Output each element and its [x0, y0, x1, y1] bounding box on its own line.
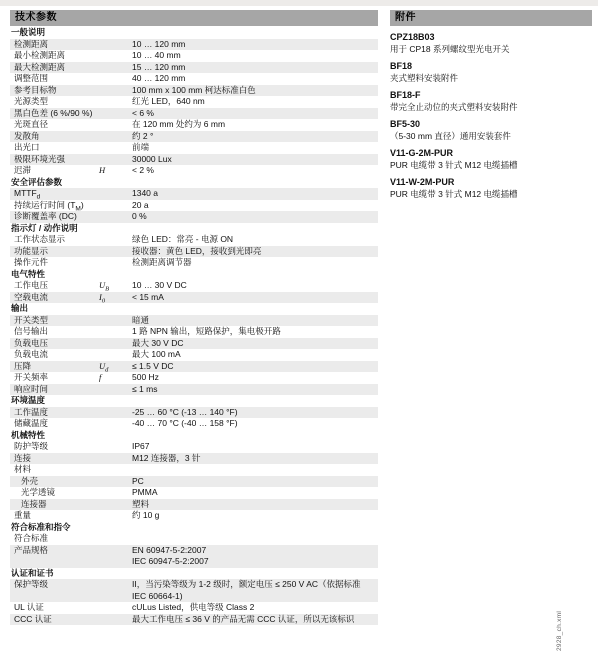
table-row: 发散角约 2 ° [10, 131, 378, 143]
row-label: 诊断覆盖率 (DC) [10, 211, 99, 223]
row-value: 0 % [132, 211, 378, 223]
row-symbol: UB [99, 280, 132, 292]
table-row: 工作电压UB10 … 30 V DC [10, 280, 378, 292]
table-row: 保护等级II，当污染等级为 1-2 级时，额定电压 ≤ 250 V AC（依据标… [10, 579, 378, 602]
row-label: 材料 [10, 464, 99, 476]
table-row: 工作温度-25 … 60 °C (-13 … 140 °F) [10, 407, 378, 419]
table-row: 光源类型红光 LED，640 nm [10, 96, 378, 108]
accessory-item: V11-G-2M-PURPUR 电缆带 3 针式 M12 电缆插槽 [390, 148, 592, 171]
table-row: 重量约 10 g [10, 510, 378, 522]
row-label: 防护等级 [10, 441, 99, 453]
accessories-title: 附件 [395, 12, 416, 23]
row-value: 接收器：黄色 LED，接收到光即亮 [132, 246, 378, 258]
table-row: MTTFd1340 a [10, 188, 378, 200]
row-symbol: I0 [99, 292, 132, 304]
row-label: 光斑直径 [10, 119, 99, 131]
row-value: 500 Hz [132, 372, 378, 384]
row-label: UL 认证 [10, 602, 99, 614]
table-row: 空载电流I0< 15 mA [10, 292, 378, 304]
row-value: 1340 a [132, 188, 378, 200]
row-label: MTTFd [10, 188, 99, 200]
row-value: 最大工作电压 ≤ 36 V 的产品无需 CCC 认证，所以无该标识 [132, 614, 378, 626]
tech-params-panel: 技术参数 一般说明检测距离10 … 120 mm最小检测距离10 … 40 mm… [10, 10, 378, 625]
row-label: 调整范围 [10, 73, 99, 85]
row-label: 符合标准 [10, 533, 99, 545]
row-value: 前端 [132, 142, 378, 154]
table-row: 外壳PC [10, 476, 378, 488]
table-row: 符合标准 [10, 533, 378, 545]
row-symbol: H [99, 165, 132, 177]
accessory-code: V11-W-2M-PUR [390, 177, 592, 189]
accessory-desc: （5-30 mm 直径）通用安装套件 [390, 131, 592, 143]
row-label: 外壳 [10, 476, 99, 488]
table-row: 最大检测距离15 … 120 mm [10, 62, 378, 74]
row-symbol: f [99, 372, 132, 384]
accessory-code: BF18-F [390, 90, 592, 102]
section-title: 机械特性 [10, 430, 378, 442]
row-label: 压降 [10, 361, 99, 373]
table-row: 负载电压最大 30 V DC [10, 338, 378, 350]
table-row: 响应时间≤ 1 ms [10, 384, 378, 396]
accessory-code: CPZ18B03 [390, 32, 592, 44]
row-label: 空载电流 [10, 292, 99, 304]
table-row: 操作元件检测距离调节器 [10, 257, 378, 269]
row-label: 重量 [10, 510, 99, 522]
row-label: 参考目标物 [10, 85, 99, 97]
table-row: 黑白色差 (6 %/90 %)< 6 % [10, 108, 378, 120]
document-code-vertical: 2928_ch.xml [556, 611, 563, 651]
row-value: 绿色 LED：常亮 - 电源 ON [132, 234, 378, 246]
row-value: 10 … 30 V DC [132, 280, 378, 292]
row-label: 连接 [10, 453, 99, 465]
accessory-item: BF18夹式塑料安装附件 [390, 61, 592, 84]
accessory-desc: 带完全止动位的夹式塑料安装附件 [390, 102, 592, 114]
row-label: 检测距离 [10, 39, 99, 51]
row-label: 保护等级 [10, 579, 99, 591]
accessory-code: V11-G-2M-PUR [390, 148, 592, 160]
table-row: 材料 [10, 464, 378, 476]
row-value: < 2 % [132, 165, 378, 177]
table-row: 参考目标物100 mm x 100 mm 柯达标准白色 [10, 85, 378, 97]
table-row: 调整范围40 … 120 mm [10, 73, 378, 85]
section-title: 电气特性 [10, 269, 378, 281]
section-title: 安全评估参数 [10, 177, 378, 189]
accessory-item: CPZ18B03用于 CP18 系列螺纹型光电开关 [390, 32, 592, 55]
table-row: 功能显示接收器：黄色 LED，接收到光即亮 [10, 246, 378, 258]
tech-params-header-bar: 技术参数 [10, 10, 378, 26]
row-label: CCC 认证 [10, 614, 99, 626]
row-value: 检测距离调节器 [132, 257, 378, 269]
accessories-list: CPZ18B03用于 CP18 系列螺纹型光电开关BF18夹式塑料安装附件BF1… [390, 32, 592, 200]
accessory-desc: PUR 电缆带 3 针式 M12 电缆插槽 [390, 160, 592, 172]
table-row: 产品规格EN 60947-5-2:2007 IEC 60947-5-2:2007 [10, 545, 378, 568]
page-top-strip [0, 0, 598, 6]
row-value: 15 … 120 mm [132, 62, 378, 74]
row-symbol: Ud [99, 361, 132, 373]
row-label: 信号输出 [10, 326, 99, 338]
row-label: 发散角 [10, 131, 99, 143]
table-row: 负载电流最大 100 mA [10, 349, 378, 361]
row-value: < 15 mA [132, 292, 378, 304]
accessories-panel: 附件 CPZ18B03用于 CP18 系列螺纹型光电开关BF18夹式塑料安装附件… [390, 10, 592, 206]
row-label: 光源类型 [10, 96, 99, 108]
row-label: 迟滞 [10, 165, 99, 177]
table-row: 压降Ud≤ 1.5 V DC [10, 361, 378, 373]
table-row: CCC 认证最大工作电压 ≤ 36 V 的产品无需 CCC 认证，所以无该标识 [10, 614, 378, 626]
datasheet-page: 技术参数 一般说明检测距离10 … 120 mm最小检测距离10 … 40 mm… [0, 0, 598, 653]
row-value: 暗通 [132, 315, 378, 327]
row-label: 开关类型 [10, 315, 99, 327]
table-row: 迟滞H< 2 % [10, 165, 378, 177]
row-value: PC [132, 476, 378, 488]
row-value: 30000 Lux [132, 154, 378, 166]
row-value: 塑料 [132, 499, 378, 511]
table-row: 持续运行时间 (TM)20 a [10, 200, 378, 212]
row-value: IP67 [132, 441, 378, 453]
table-row: 连接器塑料 [10, 499, 378, 511]
row-label: 黑白色差 (6 %/90 %) [10, 108, 99, 120]
row-value: PMMA [132, 487, 378, 499]
row-label: 开关频率 [10, 372, 99, 384]
section-title: 一般说明 [10, 27, 378, 39]
row-value: 红光 LED，640 nm [132, 96, 378, 108]
row-label: 工作温度 [10, 407, 99, 419]
row-value: -40 … 70 °C (-40 … 158 °F) [132, 418, 378, 430]
accessory-code: BF5-30 [390, 119, 592, 131]
table-row: 开关频率f500 Hz [10, 372, 378, 384]
table-row: 开关类型暗通 [10, 315, 378, 327]
row-label: 负载电压 [10, 338, 99, 350]
accessory-item: BF18-F带完全止动位的夹式塑料安装附件 [390, 90, 592, 113]
tech-params-table: 一般说明检测距离10 … 120 mm最小检测距离10 … 40 mm最大检测距… [10, 27, 378, 625]
row-label: 工作状态显示 [10, 234, 99, 246]
table-row: 防护等级IP67 [10, 441, 378, 453]
section-title: 输出 [10, 303, 378, 315]
row-label: 产品规格 [10, 545, 99, 557]
row-value: cULus Listed，供电等级 Class 2 [132, 602, 378, 614]
accessory-code: BF18 [390, 61, 592, 73]
row-label: 工作电压 [10, 280, 99, 292]
table-row: 诊断覆盖率 (DC)0 % [10, 211, 378, 223]
table-row: 工作状态显示绿色 LED：常亮 - 电源 ON [10, 234, 378, 246]
table-row: UL 认证cULus Listed，供电等级 Class 2 [10, 602, 378, 614]
accessory-item: V11-W-2M-PURPUR 电缆带 3 针式 M12 电缆插槽 [390, 177, 592, 200]
row-label: 出光口 [10, 142, 99, 154]
row-label: 储藏温度 [10, 418, 99, 430]
row-label: 连接器 [10, 499, 99, 511]
table-row: 最小检测距离10 … 40 mm [10, 50, 378, 62]
row-value: 最大 100 mA [132, 349, 378, 361]
row-label: 操作元件 [10, 257, 99, 269]
row-value: 约 10 g [132, 510, 378, 522]
table-row: 检测距离10 … 120 mm [10, 39, 378, 51]
table-row: 出光口前端 [10, 142, 378, 154]
row-value: < 6 % [132, 108, 378, 120]
row-label: 极限环境光强 [10, 154, 99, 166]
row-value: 10 … 40 mm [132, 50, 378, 62]
row-value: M12 连接器，3 针 [132, 453, 378, 465]
row-value: 10 … 120 mm [132, 39, 378, 51]
accessory-desc: 用于 CP18 系列螺纹型光电开关 [390, 44, 592, 56]
section-title: 环境温度 [10, 395, 378, 407]
row-value: 20 a [132, 200, 378, 212]
accessory-desc: 夹式塑料安装附件 [390, 73, 592, 85]
row-value: 最大 30 V DC [132, 338, 378, 350]
section-title: 指示灯 / 动作说明 [10, 223, 378, 235]
row-label: 功能显示 [10, 246, 99, 258]
row-value: 100 mm x 100 mm 柯达标准白色 [132, 85, 378, 97]
row-label: 最小检测距离 [10, 50, 99, 62]
row-value: II，当污染等级为 1-2 级时，额定电压 ≤ 250 V AC（依据标准 IE… [132, 579, 378, 602]
row-label: 负载电流 [10, 349, 99, 361]
row-value: 在 120 mm 处约为 6 mm [132, 119, 378, 131]
accessories-header-bar: 附件 [390, 10, 592, 26]
table-row: 极限环境光强30000 Lux [10, 154, 378, 166]
accessory-item: BF5-30（5-30 mm 直径）通用安装套件 [390, 119, 592, 142]
table-row: 信号输出1 路 NPN 输出，短路保护，集电极开路 [10, 326, 378, 338]
row-label: 持续运行时间 (TM) [10, 200, 99, 212]
table-row: 储藏温度-40 … 70 °C (-40 … 158 °F) [10, 418, 378, 430]
row-label: 光学透镜 [10, 487, 99, 499]
tech-params-title: 技术参数 [15, 12, 57, 23]
row-label: 最大检测距离 [10, 62, 99, 74]
row-label: 响应时间 [10, 384, 99, 396]
section-title: 认证和证书 [10, 568, 378, 580]
row-value: 约 2 ° [132, 131, 378, 143]
table-row: 光斑直径在 120 mm 处约为 6 mm [10, 119, 378, 131]
table-row: 连接M12 连接器，3 针 [10, 453, 378, 465]
row-value: ≤ 1 ms [132, 384, 378, 396]
row-value: EN 60947-5-2:2007 IEC 60947-5-2:2007 [132, 545, 378, 568]
table-row: 光学透镜PMMA [10, 487, 378, 499]
section-title: 符合标准和指令 [10, 522, 378, 534]
row-value: ≤ 1.5 V DC [132, 361, 378, 373]
accessory-desc: PUR 电缆带 3 针式 M12 电缆插槽 [390, 189, 592, 201]
row-value: 1 路 NPN 输出，短路保护，集电极开路 [132, 326, 378, 338]
row-value: 40 … 120 mm [132, 73, 378, 85]
row-value: -25 … 60 °C (-13 … 140 °F) [132, 407, 378, 419]
